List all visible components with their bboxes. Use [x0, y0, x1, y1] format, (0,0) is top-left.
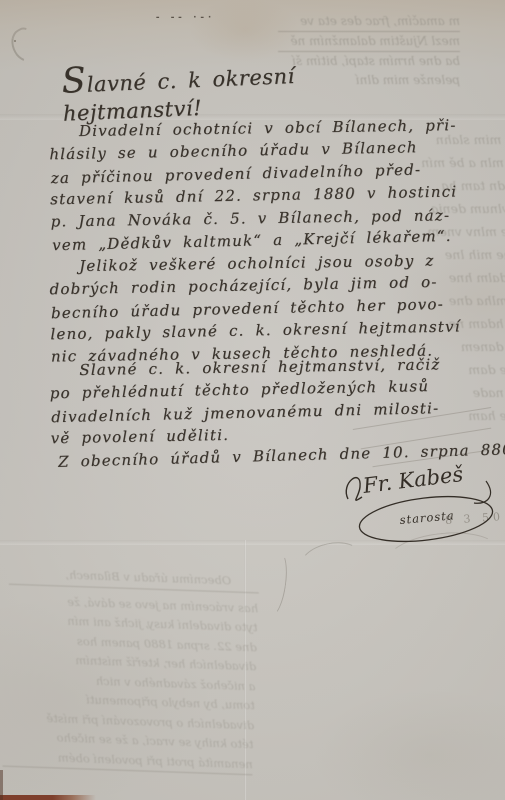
bleedthrough-line: m amačím, frac des eta ve [278, 12, 460, 32]
scanned-letter-page: - -- ·-· 8 3 50 m amačím, frac des eta v… [0, 0, 505, 800]
bleedthrough-line: Obecnímu úřadu v Bílanech, [9, 564, 260, 593]
signature-lead-in-swash [346, 478, 362, 501]
bottom-edge-red-mark [0, 795, 96, 800]
pencil-squiggle-mark [262, 551, 291, 617]
letter-paragraph-1: Divadelní ochotníci v obcí Bílanech, při… [49, 115, 497, 258]
letter-paragraph-3: Slavné c. k. okresní hejtmanství, račiž … [49, 354, 497, 452]
letter-paragraph-2: Jelikož veškeré ocholníci jsou osoby z d… [49, 250, 497, 370]
left-edge-dark-mark [0, 770, 3, 800]
signature-block: Fr. Kabeš starosta [338, 453, 505, 553]
bleedthrough-bottom-left: Obecnímu úřadu v Bílanech, has vrácením … [3, 564, 260, 776]
signature-flourish: Fr. Kabeš starosta [338, 453, 505, 553]
signature-title: starosta [399, 508, 455, 527]
signature-name: Fr. Kabeš [361, 462, 465, 498]
top-ink-dash-mark: - -- ·-· [155, 13, 215, 19]
corner-pencil-mark [5, 24, 45, 66]
